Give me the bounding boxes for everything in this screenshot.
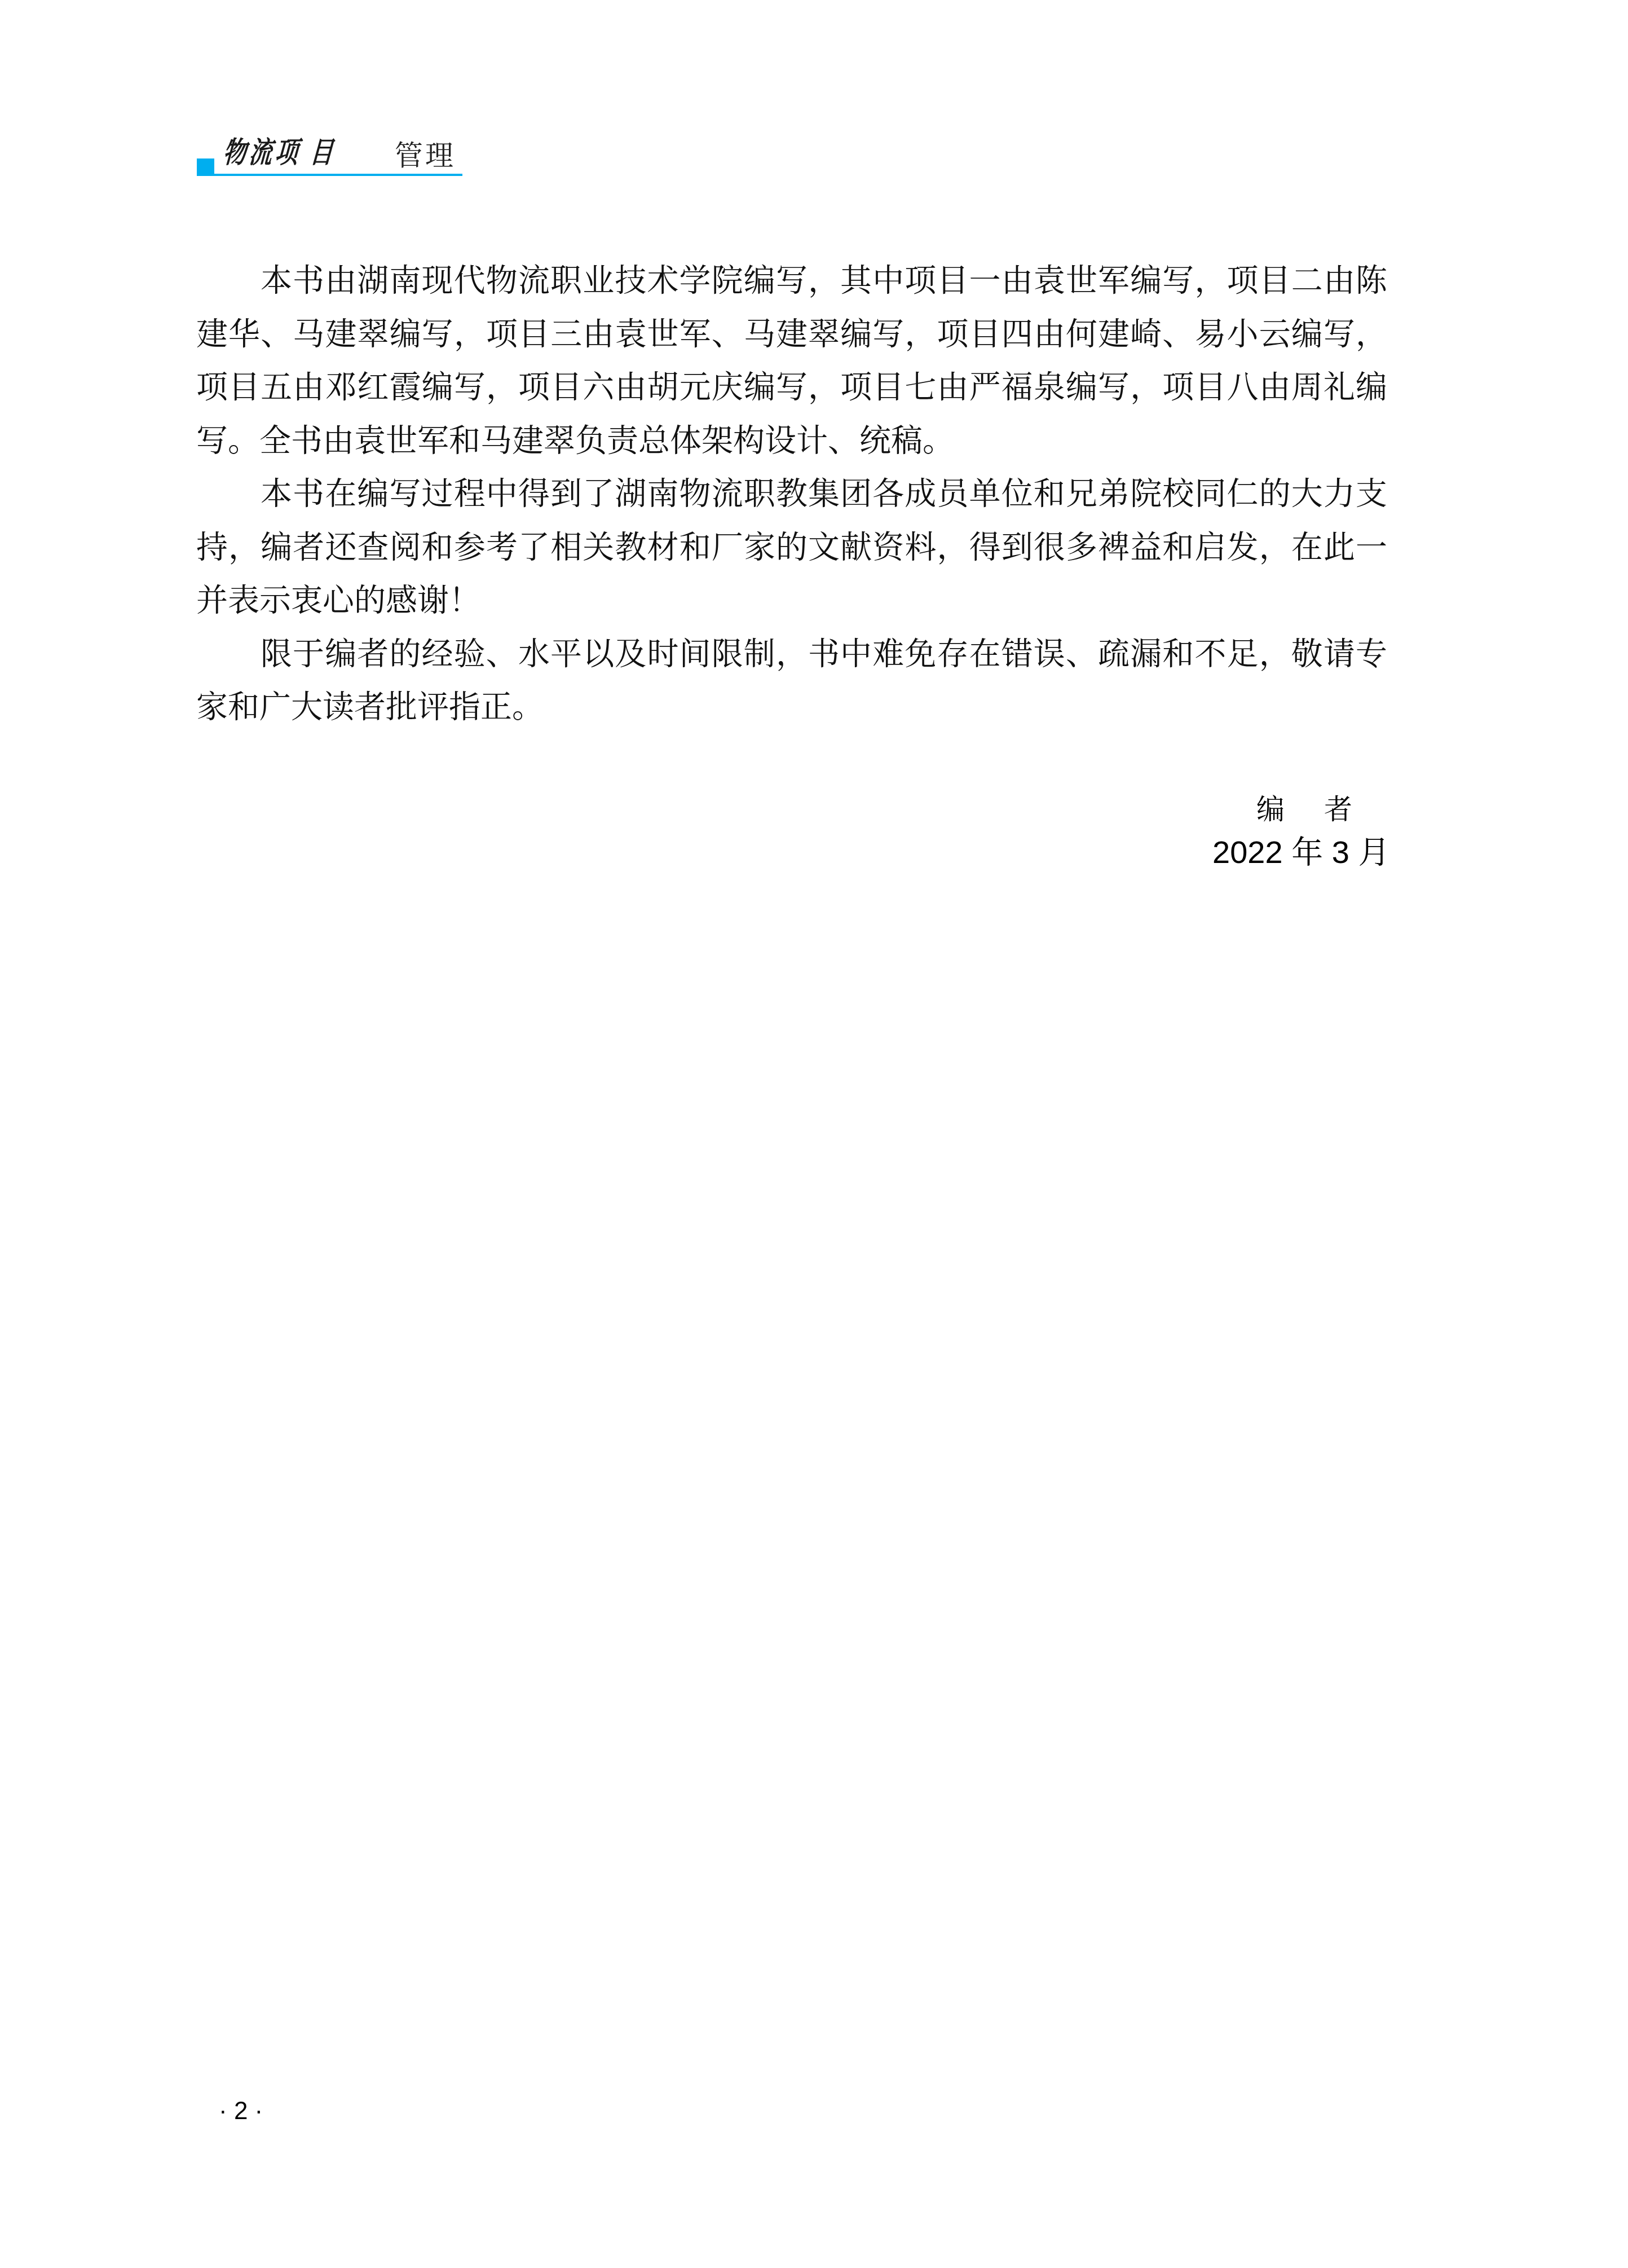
- text-line: 持，编者还查阅和参考了相关教材和厂家的文献资料，得到很多裨益和启发，在此一: [196, 527, 1387, 581]
- header-title-plain: 管理: [395, 139, 456, 173]
- signature-date: 2022 年 3 月: [1212, 834, 1387, 871]
- header-title-brush: 物流项目: [223, 133, 336, 173]
- text-line: 本书在编写过程中得到了湖南物流职教集团各成员单位和兄弟院校同仁的大力支: [196, 474, 1387, 527]
- header-rule: [197, 174, 462, 176]
- signature-editors: 编 者: [1256, 791, 1352, 828]
- header-brush-char: 流: [248, 133, 271, 173]
- text-line: 建华、马建翠编写，项目三由袁世军、马建翠编写，项目四由何建崎、易小云编写，: [196, 314, 1387, 368]
- text-line: 限于编者的经验、水平以及时间限制，书中难免存在错误、疏漏和不足，敬请专: [196, 634, 1387, 688]
- header-brush-char: 项: [273, 133, 297, 173]
- paragraph-3: 限于编者的经验、水平以及时间限制，书中难免存在错误、疏漏和不足，敬请专 家和广大…: [196, 634, 1387, 741]
- text-line: 写。全书由袁世军和马建翠负责总体架构设计、统稿。: [196, 421, 1387, 474]
- text-line: 项目五由邓红霞编写，项目六由胡元庆编写，项目七由严福泉编写，项目八由周礼编: [196, 367, 1387, 421]
- page-number: · 2 ·: [219, 2097, 263, 2125]
- signature-char: 者: [1324, 791, 1352, 828]
- paragraph-1: 本书由湖南现代物流职业技术学院编写，其中项目一由袁世军编写，项目二由陈 建华、马…: [196, 261, 1387, 474]
- header-brush-char: 物: [222, 133, 245, 173]
- header-brush-char: 目: [308, 133, 332, 173]
- book-page: 物流项目 管理 本书由湖南现代物流职业技术学院编写，其中项目一由袁世军编写，项目…: [0, 0, 1628, 2268]
- text-line: 并表示衷心的感谢！: [196, 580, 1387, 634]
- signature-char: 编: [1256, 791, 1285, 828]
- text-line: 本书由湖南现代物流职业技术学院编写，其中项目一由袁世军编写，项目二由陈: [196, 261, 1387, 314]
- text-line: 家和广大读者批评指正。: [196, 687, 1387, 741]
- paragraph-2: 本书在编写过程中得到了湖南物流职教集团各成员单位和兄弟院校同仁的大力支 持，编者…: [196, 474, 1387, 634]
- preface-body: 本书由湖南现代物流职业技术学院编写，其中项目一由袁世军编写，项目二由陈 建华、马…: [196, 261, 1387, 741]
